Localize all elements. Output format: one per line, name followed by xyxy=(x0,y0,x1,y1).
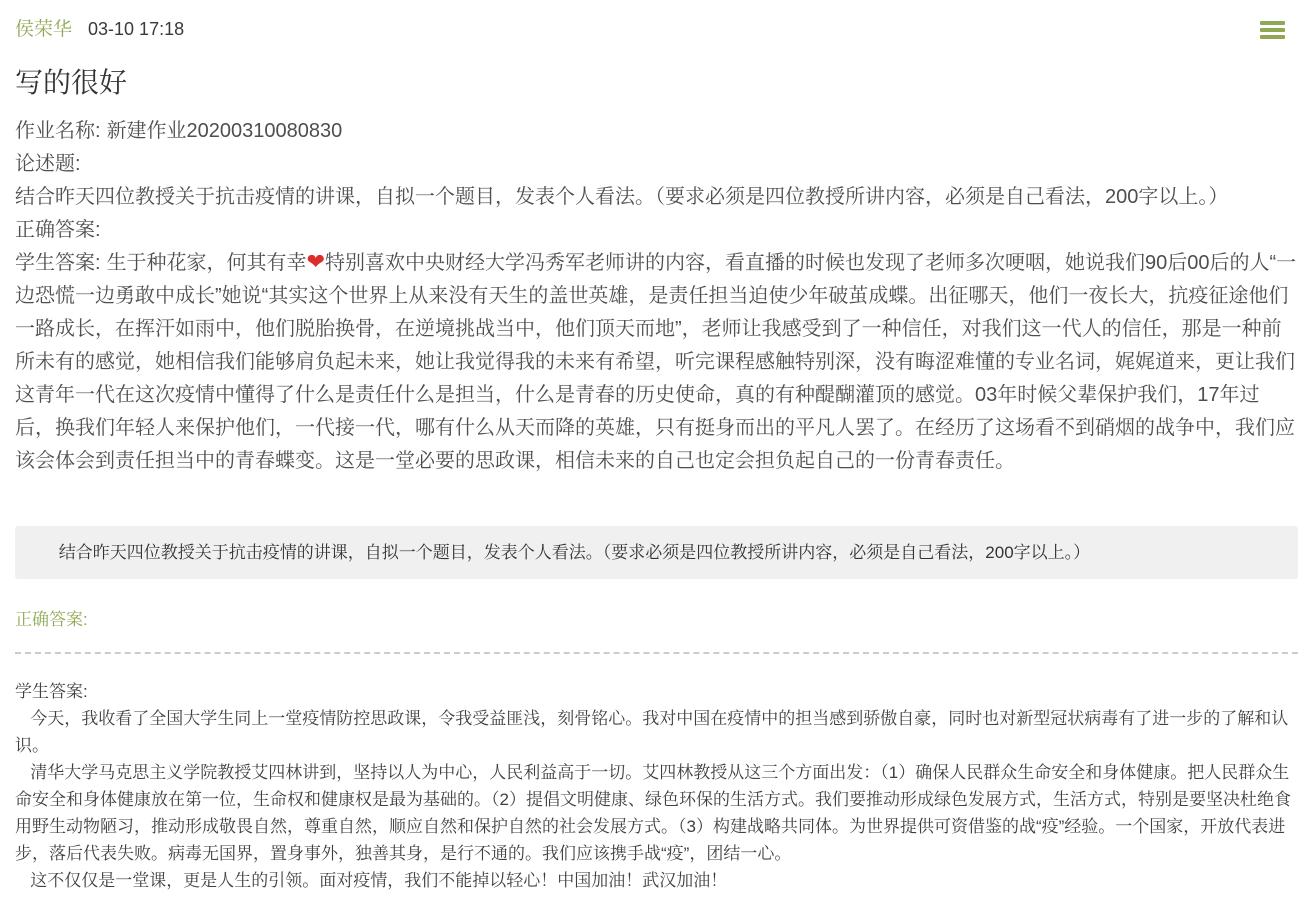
hamburger-bar xyxy=(1260,21,1285,25)
assignment-name-value: 新建作业20200310080830 xyxy=(107,120,343,142)
correct-answer-section-label: 正确答案: xyxy=(15,605,1298,630)
essay-question-line: 论述题:结合昨天四位教授关于抗击疫情的讲课，自拟一个题目，发表个人看法。（要求必… xyxy=(15,148,1298,214)
student-answer-prefix: 生于种花家，何其有幸 xyxy=(107,252,307,274)
hamburger-bar xyxy=(1260,35,1285,39)
question-text: 结合昨天四位教授关于抗击疫情的讲课，自拟一个题目，发表个人看法。（要求必须是四位… xyxy=(15,186,1228,208)
question-type-label: 论述题: xyxy=(15,153,81,175)
comment-timestamp: 03-10 17:18 xyxy=(88,19,184,40)
dotted-divider xyxy=(15,652,1298,654)
comment-header: 侯荣华 03-10 17:18 xyxy=(15,0,1298,41)
author-name[interactable]: 侯荣华 xyxy=(15,14,72,41)
question-box: 结合昨天四位教授关于抗击疫情的讲课，自拟一个题目，发表个人看法。（要求必须是四位… xyxy=(15,526,1298,579)
question-box-text: 结合昨天四位教授关于抗击疫情的讲课，自拟一个题目，发表个人看法。（要求必须是四位… xyxy=(35,540,1090,565)
hamburger-bar xyxy=(1260,28,1285,32)
answer-paragraph: 这不仅仅是一堂课，更是人生的引领。面对疫情，我们不能掉以轻心！中国加油！武汉加油… xyxy=(15,867,1298,894)
correct-answer-line: 正确答案: xyxy=(15,214,1298,247)
student-answer-text: 特别喜欢中央财经大学冯秀军老师讲的内容，看直播的时候也发现了老师多次哽咽，她说我… xyxy=(15,252,1296,472)
comment-page: 侯荣华 03-10 17:18 写的很好 作业名称:新建作业2020031008… xyxy=(0,0,1313,894)
student-answer-label: 学生答案: xyxy=(15,252,101,274)
student-answer-line: 学生答案:生于种花家，何其有幸❤特别喜欢中央财经大学冯秀军老师讲的内容，看直播的… xyxy=(15,247,1298,478)
student-answer-section-label: 学生答案: xyxy=(15,678,1298,705)
correct-answer-label: 正确答案: xyxy=(15,219,101,241)
answer-paragraph: 今天，我收看了全国大学生同上一堂疫情防控思政课，令我受益匪浅，刻骨铭心。我对中国… xyxy=(15,705,1298,759)
answer-paragraph: 清华大学马克思主义学院教授艾四林讲到，坚持以人为中心，人民利益高于一切。艾四林教… xyxy=(15,759,1298,867)
assignment-info-block: 作业名称:新建作业20200310080830 论述题:结合昨天四位教授关于抗击… xyxy=(15,115,1298,478)
hamburger-menu-icon[interactable] xyxy=(1260,21,1285,39)
assignment-name-label: 作业名称: xyxy=(15,120,101,142)
assignment-name-line: 作业名称:新建作业20200310080830 xyxy=(15,115,1298,148)
heart-icon: ❤ xyxy=(307,249,325,274)
teacher-comment-title: 写的很好 xyxy=(15,61,1298,101)
